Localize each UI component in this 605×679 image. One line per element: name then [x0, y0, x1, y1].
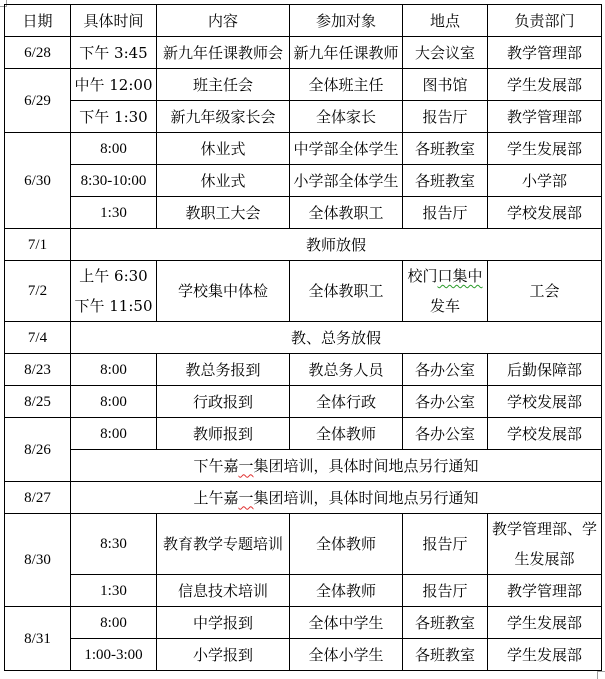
note-text: 下午嘉	[193, 457, 238, 475]
dept-cell: 教学管理部、学 生发展部	[488, 514, 602, 575]
dept-cell: 学校发展部	[488, 418, 602, 450]
table-row: 1:30 信息技术培训 全体教师 报告厅 教学管理部	[5, 575, 602, 607]
table-row: 下午 1:30 新九年级家长会 全体家长 报告厅 教学管理部	[5, 101, 602, 133]
time-cell: 中午 12:00	[71, 69, 157, 101]
table-row: 8:30-10:00 休业式 小学部全体学生 各班教室 小学部	[5, 165, 602, 197]
date-cell: 8/30	[5, 514, 71, 607]
header-location: 地点	[403, 5, 488, 37]
note-cell: 教师放假	[71, 229, 602, 261]
dept-cell: 教学管理部	[488, 101, 602, 133]
location-cell: 报告厅	[403, 575, 488, 607]
content-cell: 教师报到	[157, 418, 290, 450]
dept-cell: 学生发展部	[488, 607, 602, 639]
attendees-cell: 全体教师	[290, 514, 403, 575]
attendees-cell: 新九年任课教师	[290, 37, 403, 69]
dept-cell: 学生发展部	[488, 639, 602, 671]
table-row: 1:00-3:00 小学报到 全体小学生 各班教室 学生发展部	[5, 639, 602, 671]
time-cell: 8:00	[71, 354, 157, 386]
attendees-cell: 全体班主任	[290, 69, 403, 101]
note-text: 集团培训，具体时间地点另行通知	[254, 457, 479, 475]
date-cell: 8/23	[5, 354, 71, 386]
dept-cell: 学生发展部	[488, 69, 602, 101]
spellcheck-marked-text: 一	[238, 457, 253, 475]
location-cell: 各班教室	[403, 639, 488, 671]
location-cell: 各班教室	[403, 133, 488, 165]
location-text: 校门	[407, 267, 437, 285]
header-content: 内容	[157, 5, 290, 37]
table-row: 6/29 中午 12:00 班主任会 全体班主任 图书馆 学生发展部	[5, 69, 602, 101]
date-cell: 8/26	[5, 418, 71, 482]
content-cell: 班主任会	[157, 69, 290, 101]
date-cell: 7/1	[5, 229, 71, 261]
table-row: 1:30 教职工大会 全体教职工 报告厅 学校发展部	[5, 197, 602, 229]
location-cell: 校门口集中 发车	[403, 261, 488, 322]
note-text: 集团培训，具体时间地点另行通知	[254, 489, 479, 507]
note-text: 上午嘉	[193, 489, 238, 507]
content-cell: 学校集中体检	[157, 261, 290, 322]
content-cell: 新九年任课教师会	[157, 37, 290, 69]
table-row: 8/30 8:30 教育教学专题培训 全体教师 报告厅 教学管理部、学 生发展部	[5, 514, 602, 575]
content-cell: 新九年级家长会	[157, 101, 290, 133]
note-cell: 下午嘉一集团培训，具体时间地点另行通知	[71, 450, 602, 482]
attendees-cell: 全体教师	[290, 418, 403, 450]
date-cell: 8/25	[5, 386, 71, 418]
time-line-2: 下午 11:50	[71, 291, 156, 321]
table-row: 8/25 8:00 行政报到 全体行政 各办公室 学校发展部	[5, 386, 602, 418]
header-time: 具体时间	[71, 5, 157, 37]
content-cell: 中学报到	[157, 607, 290, 639]
attendees-cell: 全体家长	[290, 101, 403, 133]
attendees-cell: 全体中学生	[290, 607, 403, 639]
attendees-cell: 全体小学生	[290, 639, 403, 671]
spellcheck-marked-text: 一	[238, 489, 253, 507]
table-row: 7/2 上午 6:30 下午 11:50 学校集中体检 全体教职工 校门口集中 …	[5, 261, 602, 322]
dept-line-2: 生发展部	[488, 544, 601, 574]
header-dept: 负责部门	[488, 5, 602, 37]
dept-cell: 小学部	[488, 165, 602, 197]
attendees-cell: 小学部全体学生	[290, 165, 403, 197]
table-row: 下午嘉一集团培训，具体时间地点另行通知	[5, 450, 602, 482]
header-attendees: 参加对象	[290, 5, 403, 37]
date-cell: 6/30	[5, 133, 71, 229]
dept-cell: 学生发展部	[488, 133, 602, 165]
dept-cell: 学校发展部	[488, 197, 602, 229]
content-cell: 教育教学专题培训	[157, 514, 290, 575]
location-cell: 报告厅	[403, 197, 488, 229]
date-cell: 7/4	[5, 322, 71, 354]
content-cell: 教总务报到	[157, 354, 290, 386]
time-cell: 8:00	[71, 386, 157, 418]
time-cell: 下午 1:30	[71, 101, 157, 133]
note-cell: 上午嘉一集团培训，具体时间地点另行通知	[71, 482, 602, 514]
date-cell: 6/28	[5, 37, 71, 69]
attendees-cell: 全体教职工	[290, 261, 403, 322]
time-line-1: 上午 6:30	[71, 261, 156, 291]
time-cell: 8:30-10:00	[71, 165, 157, 197]
schedule-table: 日期 具体时间 内容 参加对象 地点 负责部门 6/28 下午 3:45 新九年…	[4, 4, 602, 671]
location-cell: 大会议室	[403, 37, 488, 69]
table-row: 8/26 8:00 教师报到 全体教师 各办公室 学校发展部	[5, 418, 602, 450]
attendees-cell: 中学部全体学生	[290, 133, 403, 165]
time-cell: 8:00	[71, 133, 157, 165]
table-row: 7/1 教师放假	[5, 229, 602, 261]
content-cell: 小学报到	[157, 639, 290, 671]
location-cell: 各班教室	[403, 165, 488, 197]
location-cell: 报告厅	[403, 514, 488, 575]
table-row: 6/30 8:00 休业式 中学部全体学生 各班教室 学生发展部	[5, 133, 602, 165]
location-line-1: 校门口集中	[403, 261, 487, 291]
dept-line-1: 教学管理部、学	[488, 514, 601, 544]
content-cell: 教职工大会	[157, 197, 290, 229]
location-cell: 各办公室	[403, 386, 488, 418]
date-cell: 6/29	[5, 69, 71, 133]
content-cell: 休业式	[157, 165, 290, 197]
location-line-2: 发车	[403, 291, 487, 321]
content-cell: 行政报到	[157, 386, 290, 418]
table-row: 8/31 8:00 中学报到 全体中学生 各班教室 学生发展部	[5, 607, 602, 639]
table-row: 8/23 8:00 教总务报到 教总务人员 各办公室 后勤保障部	[5, 354, 602, 386]
table-row: 7/4 教、总务放假	[5, 322, 602, 354]
attendees-cell: 全体教职工	[290, 197, 403, 229]
attendees-cell: 教总务人员	[290, 354, 403, 386]
dept-cell: 学校发展部	[488, 386, 602, 418]
grammar-marked-text: 口集中	[438, 267, 483, 285]
location-cell: 图书馆	[403, 69, 488, 101]
note-cell: 教、总务放假	[71, 322, 602, 354]
header-date: 日期	[5, 5, 71, 37]
location-cell: 报告厅	[403, 101, 488, 133]
table-row: 6/28 下午 3:45 新九年任课教师会 新九年任课教师 大会议室 教学管理部	[5, 37, 602, 69]
content-cell: 休业式	[157, 133, 290, 165]
attendees-cell: 全体教师	[290, 575, 403, 607]
location-cell: 各办公室	[403, 418, 488, 450]
dept-cell: 后勤保障部	[488, 354, 602, 386]
time-cell: 8:00	[71, 418, 157, 450]
date-cell: 8/27	[5, 482, 71, 514]
time-cell: 1:00-3:00	[71, 639, 157, 671]
page-corner-mark-bottom-right	[597, 671, 605, 679]
content-cell: 信息技术培训	[157, 575, 290, 607]
time-cell: 上午 6:30 下午 11:50	[71, 261, 157, 322]
date-cell: 7/2	[5, 261, 71, 322]
time-cell: 1:30	[71, 575, 157, 607]
dept-cell: 工会	[488, 261, 602, 322]
location-cell: 各班教室	[403, 607, 488, 639]
time-cell: 1:30	[71, 197, 157, 229]
attendees-cell: 全体行政	[290, 386, 403, 418]
location-cell: 各办公室	[403, 354, 488, 386]
table-row: 8/27 上午嘉一集团培训，具体时间地点另行通知	[5, 482, 602, 514]
time-cell: 8:30	[71, 514, 157, 575]
time-cell: 8:00	[71, 607, 157, 639]
dept-cell: 教学管理部	[488, 575, 602, 607]
dept-cell: 教学管理部	[488, 37, 602, 69]
date-cell: 8/31	[5, 607, 71, 671]
time-cell: 下午 3:45	[71, 37, 157, 69]
header-row: 日期 具体时间 内容 参加对象 地点 负责部门	[5, 5, 602, 37]
